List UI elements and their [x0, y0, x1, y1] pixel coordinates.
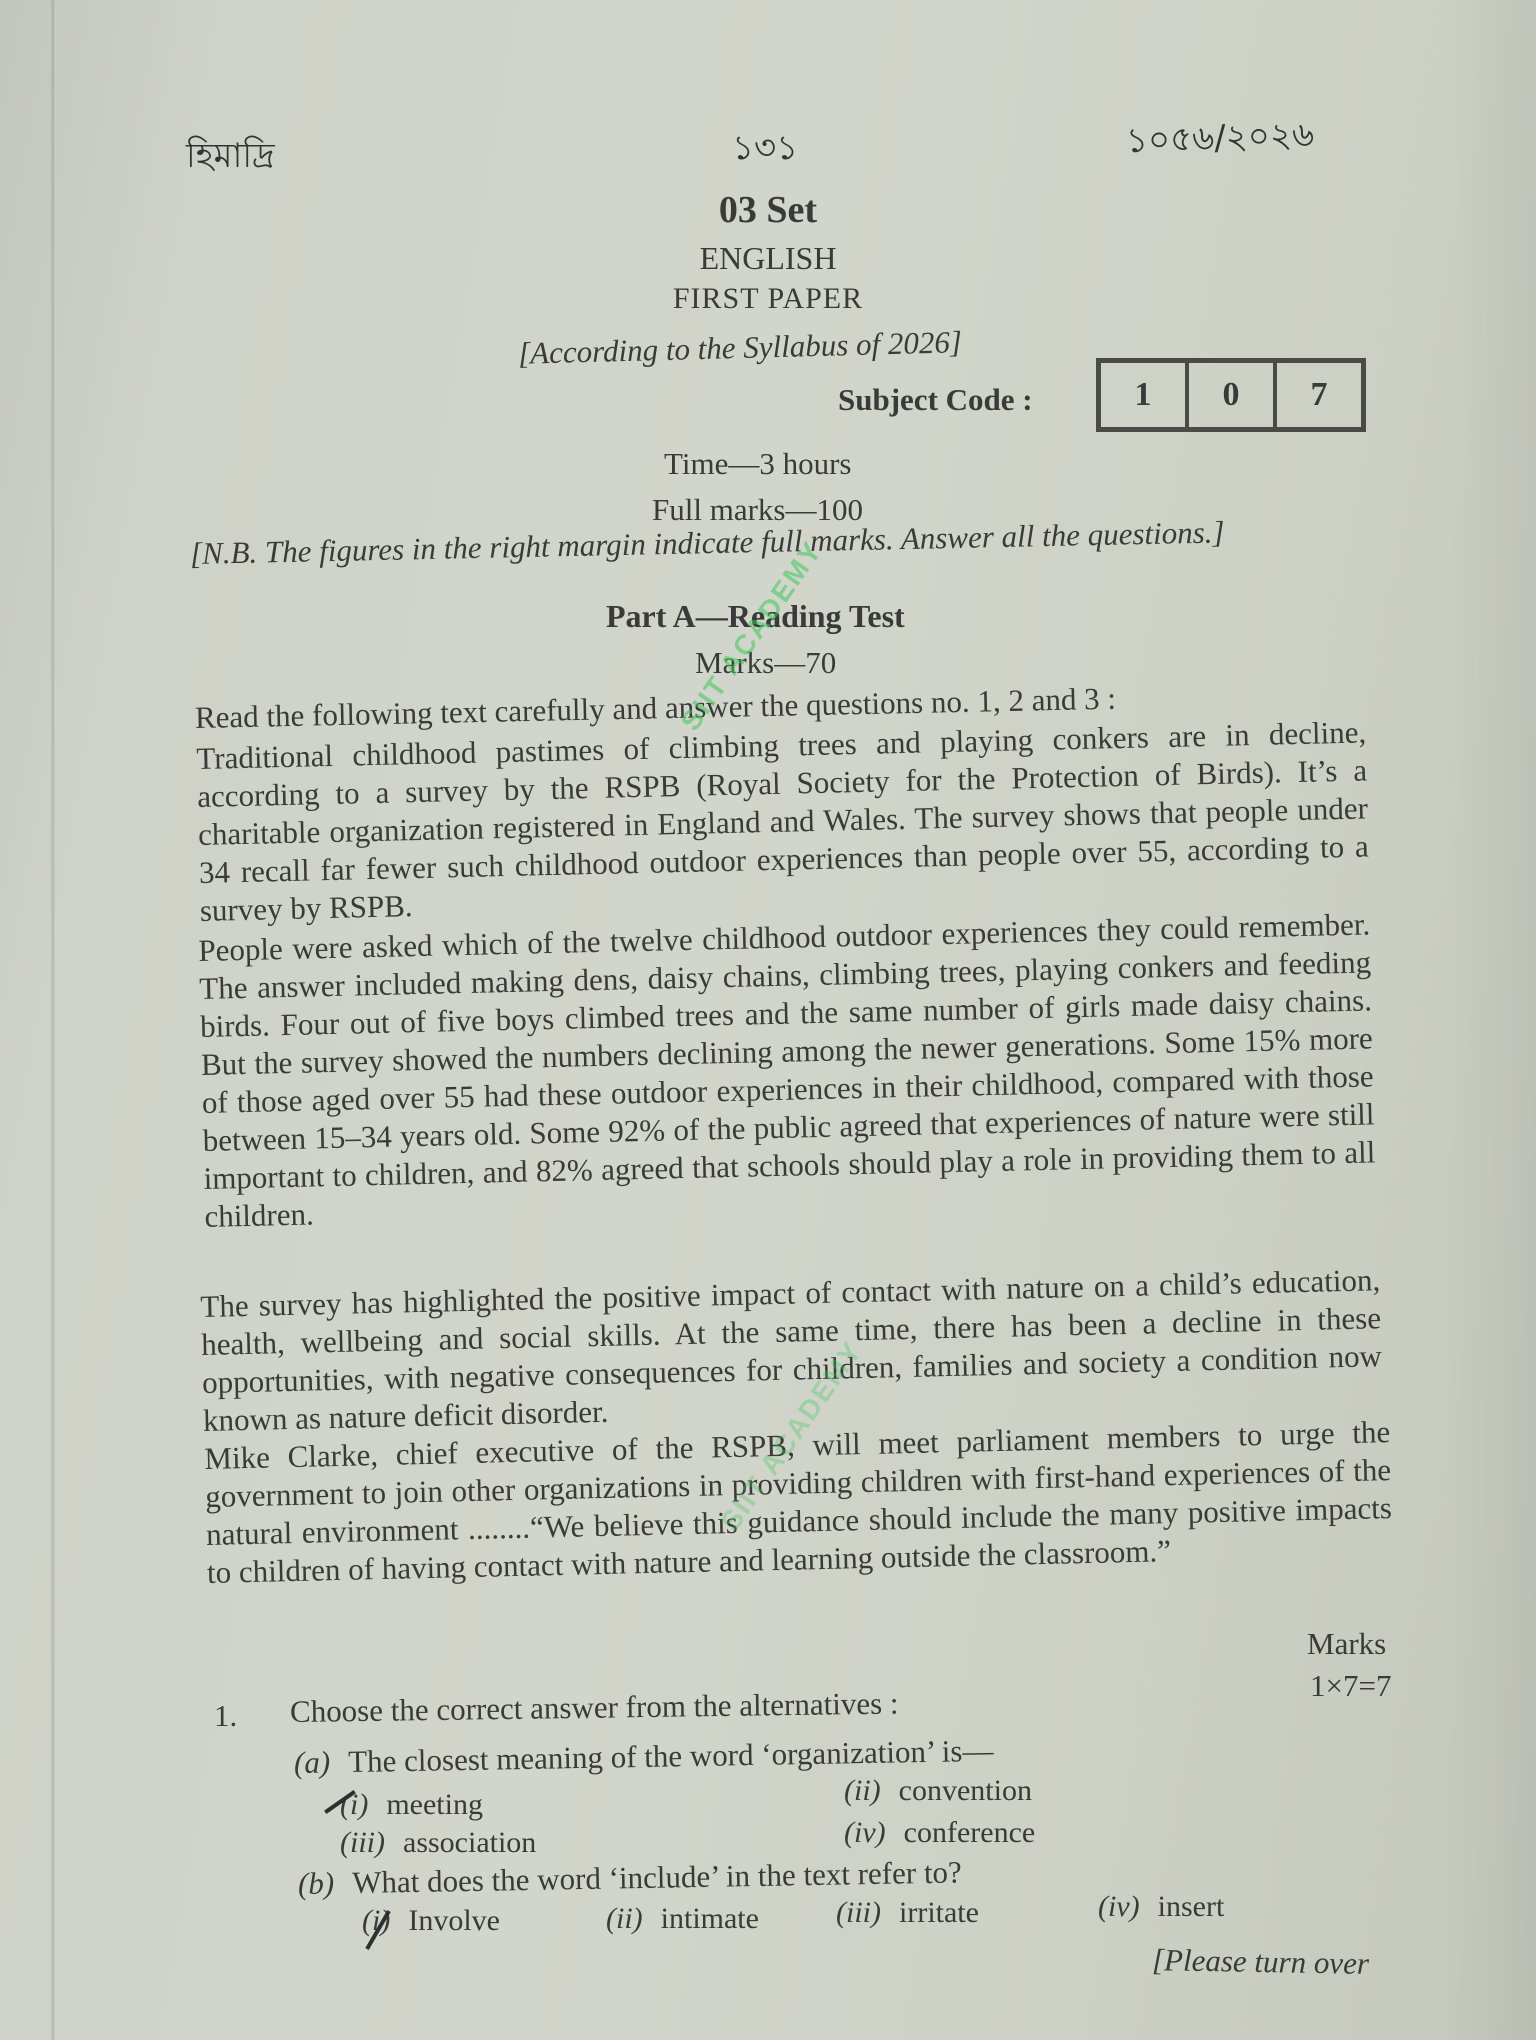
subject-code-box: 1 0 7 [1096, 358, 1366, 432]
time-limit: Time—3 hours [664, 446, 851, 482]
question-b-label: (b) [298, 1865, 335, 1901]
question-a-text: The closest meaning of the word ‘organiz… [348, 1733, 994, 1779]
subject-code-digit: 0 [1189, 363, 1277, 427]
question-a-label: (a) [294, 1744, 331, 1780]
question-b-text: What does the word ‘include’ in the text… [352, 1854, 962, 1900]
passage-paragraph-1: Traditional childhood pastimes of climbi… [196, 713, 1370, 929]
subject-code-digit: 1 [1101, 363, 1189, 427]
subject-code-label: Subject Code : [838, 382, 1033, 418]
paper-title: FIRST PAPER [0, 282, 1536, 316]
option-b-iv[interactable]: (iv)insert [1098, 1890, 1224, 1924]
please-turn-over: [Please turn over [1152, 1942, 1370, 1982]
subject-code-digit: 7 [1277, 363, 1361, 427]
option-a-iv[interactable]: (iv)conference [844, 1816, 1035, 1850]
option-a-ii[interactable]: (ii)convention [844, 1774, 1032, 1808]
option-a-i[interactable]: (i)meeting [340, 1788, 483, 1822]
question-prompt: Choose the correct answer from the alter… [290, 1686, 899, 1730]
marks-label: Marks [1307, 1626, 1386, 1662]
option-b-iii[interactable]: (iii)irritate [836, 1896, 979, 1930]
option-b-ii[interactable]: (ii)intimate [606, 1902, 759, 1936]
passage-paragraph-2: People were asked which of the twelve ch… [198, 905, 1377, 1236]
question-number: 1. [214, 1698, 237, 1734]
set-label: 03 Set [0, 188, 1536, 232]
board-name: হিমাদ্রি [186, 130, 275, 187]
option-a-iii[interactable]: (iii)association [340, 1826, 536, 1860]
subject-title: ENGLISH [0, 240, 1536, 277]
exam-paper: হিমাদ্রি ১৩১ ১০৫৬/২০২৬ 03 Set ENGLISH FI… [0, 0, 1536, 2040]
marks-value: 1×7=7 [1310, 1668, 1391, 1704]
question-b: (b)What does the word ‘include’ in the t… [298, 1854, 962, 1902]
page-code: ১৩১ [732, 122, 798, 179]
syllabus-note: [According to the Syllabus of 2026] [518, 324, 963, 372]
paper-code: ১০৫৬/২০২৬ [1125, 109, 1315, 173]
